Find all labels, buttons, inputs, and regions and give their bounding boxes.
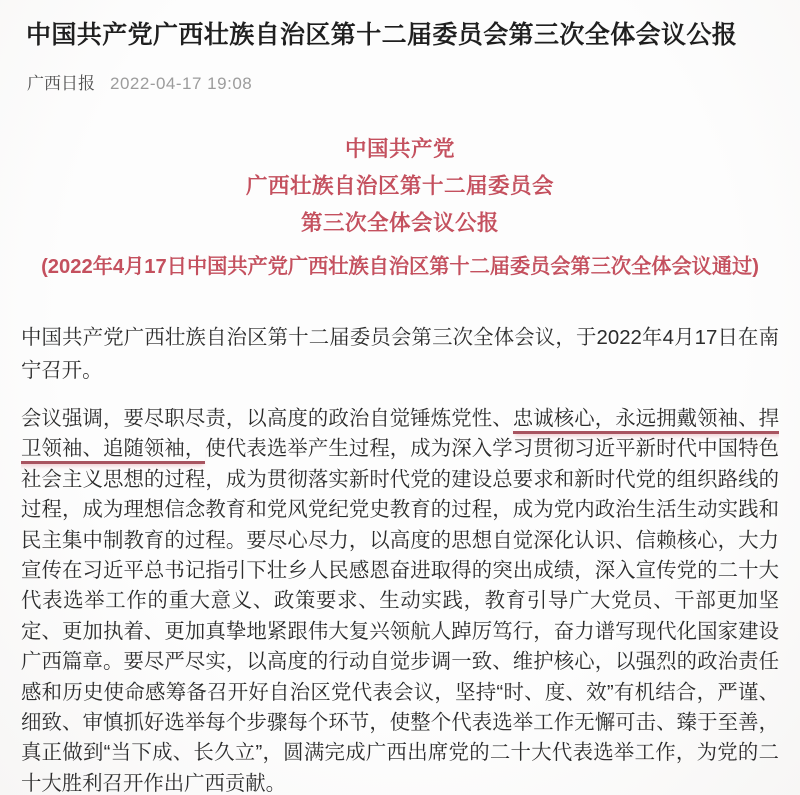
communique-heading-line-2: 广西壮族自治区第十二届委员会: [0, 168, 800, 205]
article-meta: 广西日报 2022-04-17 19:08: [27, 69, 776, 94]
article-title: 中国共产党广西壮族自治区第十二届委员会第三次全体会议公报: [26, 18, 776, 52]
publish-time: 2022-04-17 19:08: [110, 74, 252, 94]
paragraph-intro: 中国共产党广西壮族自治区第十二届委员会第三次全体会议，于2022年4月17日在南…: [21, 322, 779, 388]
communique-heading-line-1: 中国共产党: [0, 131, 800, 168]
source-name[interactable]: 广西日报: [27, 69, 95, 94]
adoption-note: (2022年4月17日中国共产党广西壮族自治区第十二届委员会第三次全体会议通过): [0, 252, 800, 282]
article-page: 中国共产党广西壮族自治区第十二届委员会第三次全体会议公报 广西日报 2022-0…: [0, 0, 800, 795]
communique-heading-line-3: 第三次全体会议公报: [0, 205, 800, 242]
communique-heading: 中国共产党 广西壮族自治区第十二届委员会 第三次全体会议公报: [0, 131, 800, 242]
paragraph-main-rest: 使代表选举产生过程，成为深入学习贯彻习近平新时代中国特色社会主义思想的过程，成为…: [21, 438, 779, 794]
paragraph-main: 会议强调，要尽职尽责，以高度的政治自觉锤炼党性、忠诚核心，永远拥戴领袖、捍卫领袖…: [21, 404, 779, 795]
paragraph-main-lead: 会议强调，要尽职尽责，以高度的政治自觉锤炼党性、: [21, 408, 513, 430]
